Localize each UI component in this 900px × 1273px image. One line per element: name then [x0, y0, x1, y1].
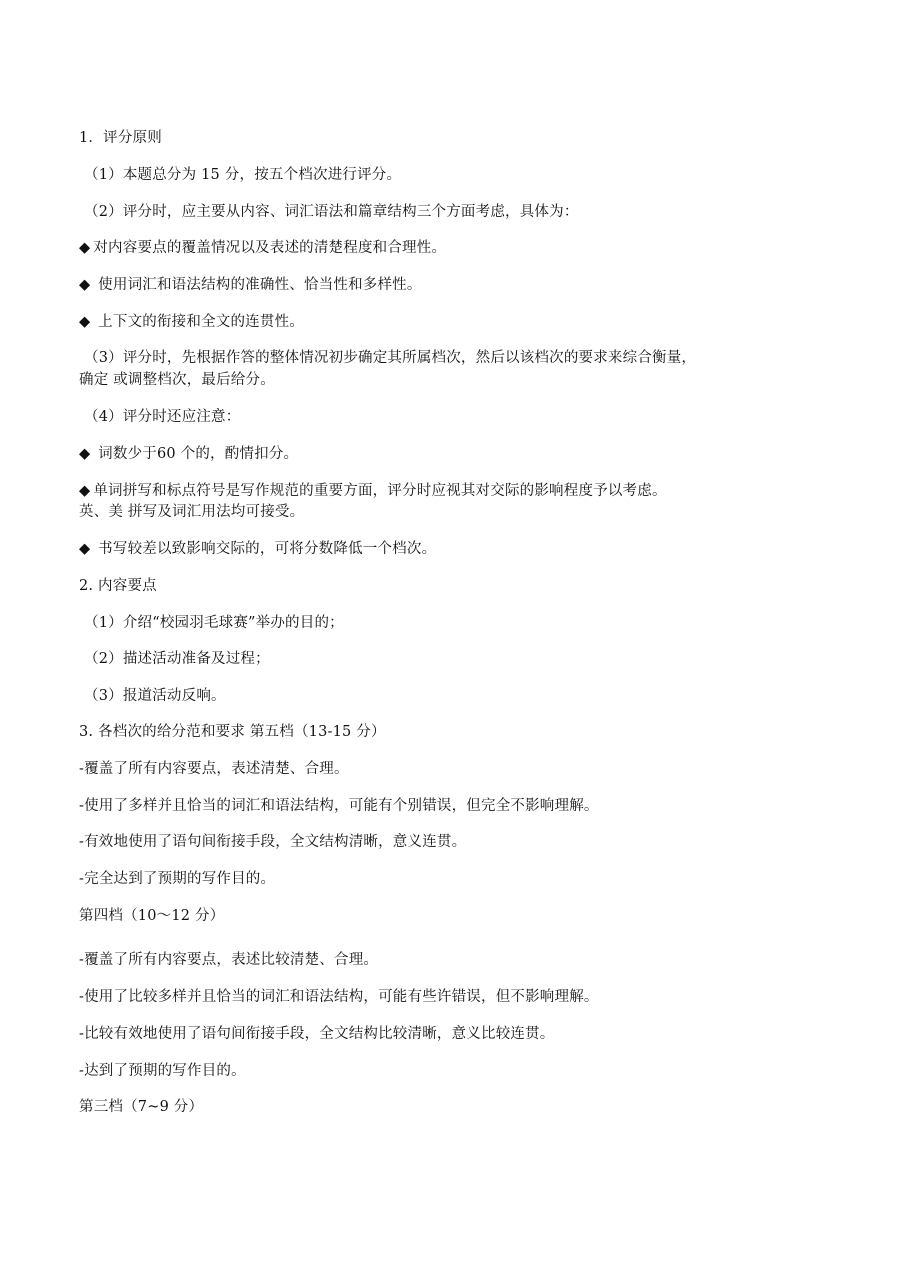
- diamond-bullet-icon: ◆: [79, 275, 90, 295]
- scoring-rule-3-line-2: 确定 或调整档次，最后给分。: [79, 370, 275, 390]
- bullet-content-coverage: ◆对内容要点的覆盖情况以及表述的清楚程度和合理性。: [79, 238, 446, 258]
- level-5-criterion-1: -覆盖了所有内容要点，表述清楚、合理。: [79, 759, 349, 779]
- scoring-rule-3-line-1: （3）评分时，先根据作答的整体情况初步确定其所属档次，然后以该档次的要求来综合衡…: [84, 348, 696, 368]
- bullet-spelling-punctuation-line-2: 英、美 拼写及词汇用法均可接受。: [79, 502, 304, 522]
- bullet-text: 书写较差以致影响交际的，可将分数降低一个档次。: [98, 541, 436, 557]
- level-5-criterion-3: -有效地使用了语句间衔接手段，全文结构清晰，意义连贯。: [79, 832, 466, 852]
- diamond-bullet-icon: ◆: [79, 238, 90, 258]
- level-5-criterion-2: -使用了多样并且恰当的词汇和语法结构，可能有个别错误，但完全不影响理解。: [79, 796, 599, 816]
- level-3-heading: 第三档（7~9 分）: [79, 1097, 203, 1117]
- bullet-coherence: ◆ 上下文的衔接和全文的连贯性。: [79, 312, 304, 332]
- level-4-criterion-1: -覆盖了所有内容要点，表述比较清楚、合理。: [79, 950, 378, 970]
- diamond-bullet-icon: ◆: [79, 444, 90, 464]
- diamond-bullet-icon: ◆: [79, 539, 90, 559]
- level-4-heading: 第四档（10～12 分）: [79, 906, 224, 926]
- diamond-bullet-icon: ◆: [79, 312, 90, 332]
- document-page: 1．评分原则 （1）本题总分为 15 分，按五个档次进行评分。 （2）评分时，应…: [0, 0, 900, 1273]
- content-point-1: （1）介绍“校园羽毛球赛”举办的目的；: [84, 613, 344, 633]
- diamond-bullet-icon: ◆: [79, 481, 90, 501]
- section-2-heading: 2. 内容要点: [79, 576, 157, 596]
- bullet-spelling-punctuation: ◆单词拼写和标点符号是写作规范的重要方面，评分时应视其对交际的影响程度予以考虑。: [79, 481, 667, 501]
- bullet-vocabulary-grammar: ◆ 使用词汇和语法结构的准确性、恰当性和多样性。: [79, 275, 422, 295]
- bullet-text: 使用词汇和语法结构的准确性、恰当性和多样性。: [98, 277, 421, 293]
- section-3-heading: 3. 各档次的给分范和要求 第五档（13-15 分）: [79, 722, 386, 742]
- content-point-3: （3）报道活动反响。: [84, 686, 226, 706]
- scoring-rule-1: （1）本题总分为 15 分，按五个档次进行评分。: [84, 165, 401, 185]
- scoring-rule-2: （2）评分时，应主要从内容、词汇语法和篇章结构三个方面考虑，具体为：: [84, 202, 579, 222]
- level-4-criterion-2: -使用了比较多样并且恰当的词汇和语法结构，可能有些许错误，但不影响理解。: [79, 987, 599, 1007]
- content-point-2: （2）描述活动准备及过程；: [84, 649, 270, 669]
- section-1-heading: 1．评分原则: [79, 128, 162, 148]
- bullet-text: 上下文的衔接和全文的连贯性。: [98, 314, 304, 330]
- scoring-rule-4: （4）评分时还应注意：: [84, 407, 240, 427]
- bullet-handwriting: ◆ 书写较差以致影响交际的，可将分数降低一个档次。: [79, 539, 436, 559]
- bullet-word-count: ◆ 词数少于60 个的，酌情扣分。: [79, 444, 298, 464]
- bullet-text: 单词拼写和标点符号是写作规范的重要方面，评分时应视其对交际的影响程度予以考虑。: [93, 483, 666, 499]
- bullet-text: 词数少于60 个的，酌情扣分。: [98, 446, 298, 462]
- level-4-criterion-4: -达到了预期的写作目的。: [79, 1061, 246, 1081]
- level-5-criterion-4: -完全达到了预期的写作目的。: [79, 869, 275, 889]
- level-4-criterion-3: -比较有效地使用了语句间衔接手段，全文结构比较清晰，意义比较连贯。: [79, 1024, 555, 1044]
- bullet-text: 对内容要点的覆盖情况以及表述的清楚程度和合理性。: [93, 240, 446, 256]
